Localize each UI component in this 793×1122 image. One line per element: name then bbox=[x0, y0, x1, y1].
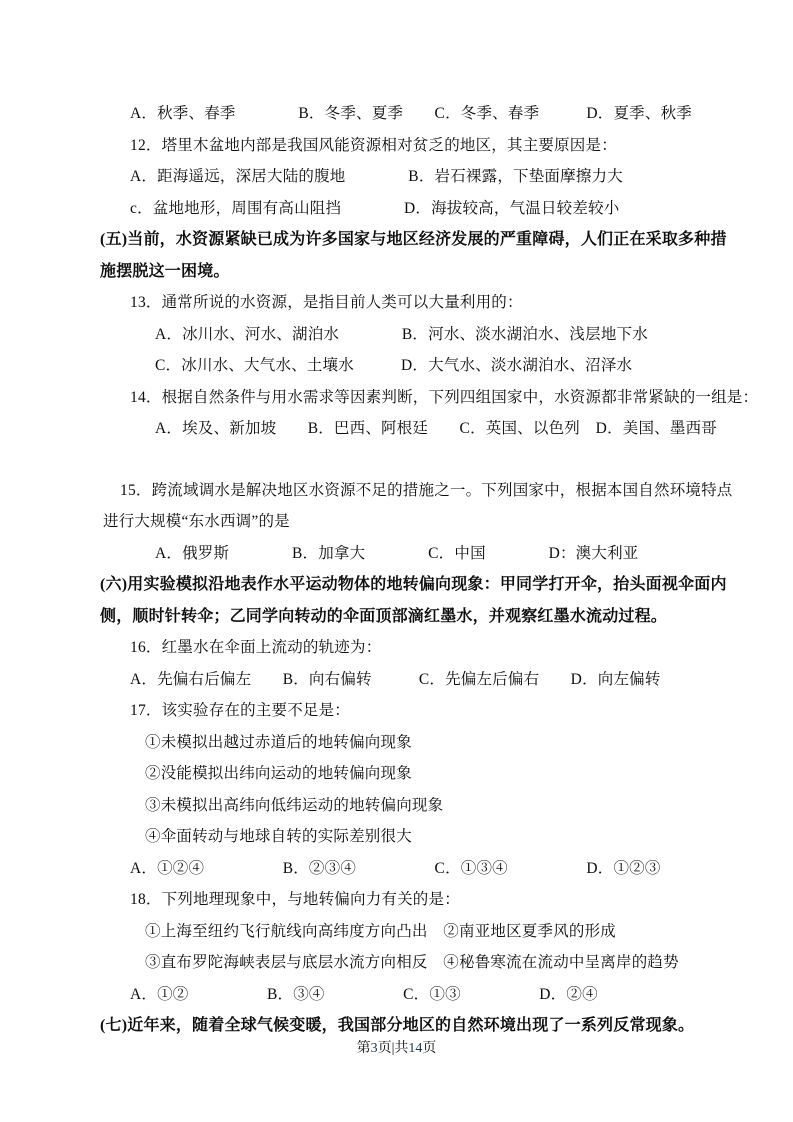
footer-prefix: 第 bbox=[357, 1041, 371, 1056]
section-5-intro-line1: (五)当前，水资源紧缺已成为许多国家与地区经济发展的严重障碍，人们正在采取多种措 bbox=[100, 224, 793, 256]
q15-stem-line1: 15．跨流域调水是解决地区水资源不足的措施之一。下列国家中，根据本国自然环境特点 bbox=[100, 475, 793, 507]
q17-item-1: ①未模拟出越过赤道后的地转偏向现象 bbox=[100, 727, 793, 759]
footer-total-pages: 14 bbox=[408, 1041, 422, 1056]
q15-stem-line2: 进行大规模“东水西调”的是 bbox=[100, 506, 793, 538]
q18-options-row: A．①② B．③④ C．①③ D．②④ bbox=[100, 979, 793, 1011]
q16-stem: 16．红墨水在伞面上流动的轨迹为： bbox=[100, 632, 793, 664]
section-5-intro-line2: 施摆脱这一困境。 bbox=[100, 256, 793, 288]
q17-options-row: A．①②④ B．②③④ C．①③④ D．①②③ bbox=[100, 853, 793, 885]
q12-options-ab: A．距海遥远，深居大陆的腹地 B．岩石裸露，下垫面摩擦力大 bbox=[100, 161, 793, 193]
q12-options-cd: c．盆地地形，周围有高山阻挡 D．海拔较高，气温日较差较小 bbox=[100, 193, 793, 225]
q13-options-cd: C．冰川水、大气水、土壤水 D．大气水、淡水湖泊水、沼泽水 bbox=[100, 350, 793, 382]
q13-options-ab: A．冰川水、河水、湖泊水 B．河水、淡水湖泊水、浅层地下水 bbox=[100, 319, 793, 351]
q14-options-row: A．埃及、新加坡 B．巴西、阿根廷 C．英国、以色列 D．美国、墨西哥 bbox=[100, 413, 793, 445]
q17-item-4: ④伞面转动与地球自转的实际差别很大 bbox=[100, 821, 793, 853]
footer-page-number: 3 bbox=[371, 1041, 378, 1056]
q17-item-2: ②没能模拟出纬向运动的地转偏向现象 bbox=[100, 758, 793, 790]
q15-options-row: A．俄罗斯 B．加拿大 C．中国 D：澳大利亚 bbox=[100, 538, 793, 570]
q13-stem: 13．通常所说的水资源，是指目前人类可以大量利用的： bbox=[100, 287, 793, 319]
q18-items-3-4: ③直布罗陀海峡表层与底层水流方向相反 ④秘鲁寒流在流动中呈离岸的趋势 bbox=[100, 947, 793, 979]
q14-stem: 14．根据自然条件与用水需求等因素判断，下列四组国家中，水资源都非常紧缺的一组是… bbox=[100, 382, 793, 414]
section-7-intro: (七)近年来，随着全球气候变暖，我国部分地区的自然环境出现了一系列反常现象。 bbox=[100, 1010, 793, 1042]
q18-items-1-2: ①上海至纽约飞行航线向高纬度方向凸出 ②南亚地区夏季风的形成 bbox=[100, 916, 793, 948]
footer-suffix: 页 bbox=[422, 1041, 436, 1056]
q17-item-3: ③未模拟出高纬向低纬运动的地转偏向现象 bbox=[100, 790, 793, 822]
blank-line bbox=[100, 445, 793, 475]
footer-mid: 页|共 bbox=[378, 1041, 409, 1056]
section-6-intro-line1: (六)用实验模拟沿地表作水平运动物体的地转偏向现象：甲同学打开伞，抬头面视伞面内 bbox=[100, 569, 793, 601]
q11-options-row: A．秋季、春季 B．冬季、夏季 C．冬季、春季 D．夏季、秋季 bbox=[100, 98, 793, 130]
document-page: A．秋季、春季 B．冬季、夏季 C．冬季、春季 D．夏季、秋季 12．塔里木盆地… bbox=[0, 0, 793, 1122]
q18-stem: 18．下列地理现象中，与地转偏向力有关的是： bbox=[100, 884, 793, 916]
section-6-intro-line2: 侧，顺时针转伞；乙同学向转动的伞面顶部滴红墨水，并观察红墨水流动过程。 bbox=[100, 601, 793, 633]
q12-stem: 12．塔里木盆地内部是我国风能资源相对贫乏的地区，其主要原因是： bbox=[100, 130, 793, 162]
q17-stem: 17．该实验存在的主要不足是： bbox=[100, 695, 793, 727]
page-footer: 第3页|共14页 bbox=[0, 1038, 793, 1060]
q16-options-row: A．先偏右后偏左 B．向右偏转 C．先偏左后偏右 D．向左偏转 bbox=[100, 664, 793, 696]
